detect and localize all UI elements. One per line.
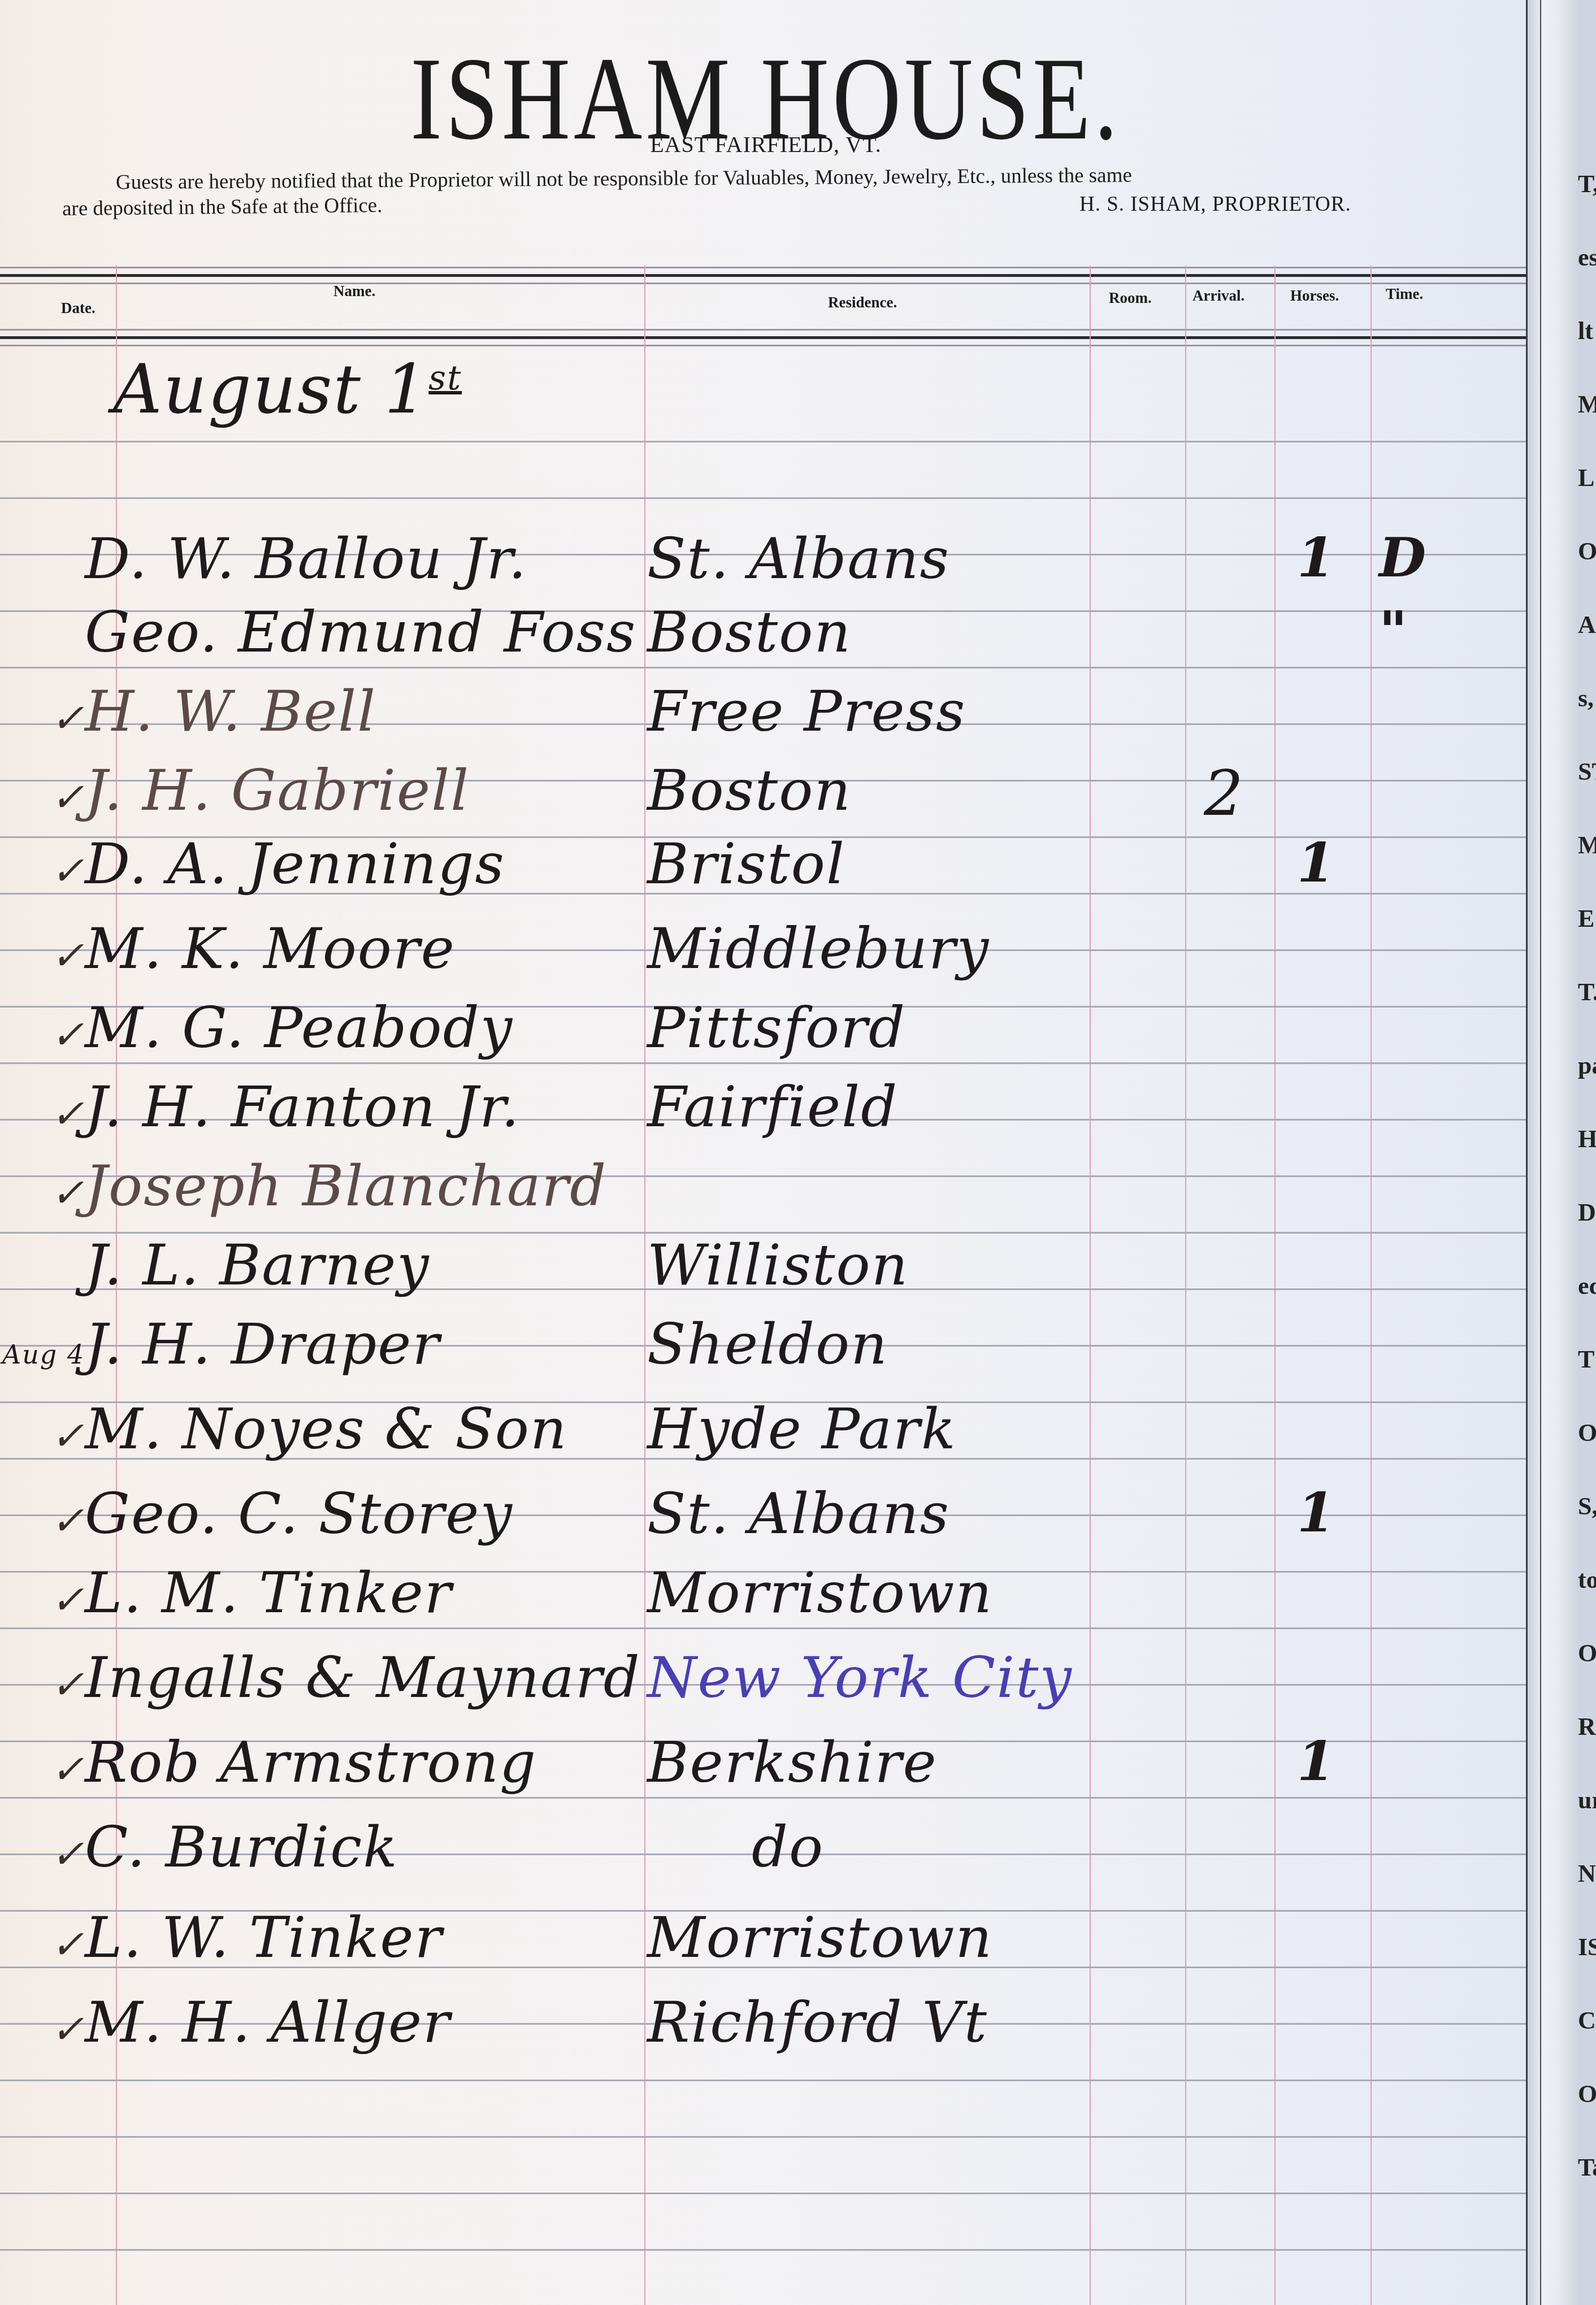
notice-line-1: Guests are hereby notified that the Prop… [116, 163, 1132, 195]
clipping-text-fragment: C [1578, 2006, 1596, 2035]
time-value: D [1379, 526, 1427, 589]
clipping-text-fragment: Ma [1578, 831, 1596, 860]
guest-name: J. H. Fanton Jr. [85, 1074, 521, 1140]
clipping-text-fragment: O [1578, 537, 1596, 566]
guest-residence: Middlebury [647, 915, 990, 982]
ruled-line [0, 2080, 1532, 2081]
guest-residence: Boston [647, 757, 852, 823]
check-mark-icon: ✓ [51, 1091, 85, 1137]
check-mark-icon: ✓ [51, 1831, 85, 1877]
guest-residence: Bristol [647, 831, 845, 897]
section-date: August 1st [113, 350, 462, 429]
check-mark-icon: ✓ [51, 848, 85, 894]
column-header-time: Time. [1386, 285, 1423, 303]
header-rule-bottom-thick [0, 336, 1532, 339]
column-divider-horses [1371, 266, 1372, 2305]
guest-residence: Hyde Park [647, 1396, 957, 1462]
horses-value: 1 [1297, 1729, 1336, 1793]
ruled-line [0, 1062, 1532, 1064]
guest-name: Geo. Edmund Foss [85, 599, 636, 665]
ruled-line [0, 441, 1532, 442]
header-rule-bottom-thin [0, 329, 1532, 331]
clipping-text-fragment: De [1578, 1198, 1596, 1227]
guest-name: H. W. Bell [85, 678, 376, 744]
ruled-line [0, 2193, 1532, 2194]
clipping-text-fragment: Ma [1578, 390, 1596, 419]
column-header-residence: Residence. [828, 294, 897, 311]
check-mark-icon: ✓ [51, 1921, 85, 1968]
clipping-text-fragment: O. [1578, 2080, 1596, 2108]
clipping-text-fragment: Ta [1578, 2153, 1596, 2182]
guest-name: L. W. Tinker [85, 1904, 443, 1970]
check-mark-icon: ✓ [51, 932, 85, 979]
guest-residence: Richford Vt [647, 1989, 988, 2055]
guest-name: J. H. Gabriell [85, 757, 470, 823]
notice-line-2: are deposited in the Safe at the Office. [62, 193, 383, 221]
clipping-text-fragment: E [1578, 904, 1594, 933]
check-mark-icon: ✓ [51, 774, 85, 821]
clipping-text-fragment: s, [1578, 684, 1594, 713]
header-rule-bottom-thin-2 [0, 345, 1532, 346]
time-value: " [1379, 599, 1408, 663]
clipping-text-fragment: N [1578, 1859, 1596, 1888]
guest-name: Rob Armstrong [85, 1729, 537, 1795]
proprietor-signature: H. S. ISHAM, PROPRIETOR. [1079, 192, 1351, 216]
check-mark-icon: ✓ [51, 1012, 85, 1058]
clipping-text-fragment: Ho [1578, 1125, 1596, 1153]
guest-residence: Pittsford [647, 995, 906, 1061]
guest-name: D. W. Ballou Jr. [85, 526, 527, 592]
clipping-text-fragment: L [1578, 463, 1594, 492]
guest-residence: New York City [647, 1644, 1073, 1711]
guest-name: Ingalls & Maynard [85, 1644, 641, 1711]
column-divider-name [644, 266, 645, 2305]
column-header-name: Name. [333, 283, 375, 300]
guest-name: M. Noyes & Son [85, 1396, 567, 1462]
guest-residence: Morristown [647, 1560, 993, 1626]
check-mark-icon: ✓ [51, 695, 85, 741]
guest-name: M. G. Peabody [85, 995, 513, 1061]
section-date-suffix: st [428, 358, 462, 398]
ruled-line [0, 667, 1532, 669]
guest-residence: St. Albans [647, 526, 950, 592]
clipping-text-fragment: to [1578, 1565, 1596, 1594]
ruled-line [0, 2136, 1532, 2138]
clipping-text-fragment: ur [1578, 1786, 1596, 1815]
clipping-text-fragment: T, [1578, 170, 1596, 198]
guest-name: C. Burdick [85, 1814, 398, 1880]
guest-residence: Fairfield [647, 1074, 898, 1140]
check-mark-icon: ✓ [51, 1170, 85, 1216]
guest-name: Joseph Blanchard [85, 1153, 607, 1219]
horses-value: 1 [1297, 1481, 1336, 1544]
column-header-horses: Horses. [1290, 287, 1339, 305]
guest-residence: Williston [647, 1232, 909, 1298]
guest-residence: Berkshire [647, 1729, 938, 1795]
horses-value: 1 [1297, 526, 1336, 589]
column-divider-residence [1090, 266, 1091, 2305]
check-mark-icon: ✓ [51, 1577, 85, 1623]
clipping-text-fragment: pai [1578, 1051, 1596, 1080]
ruled-line [0, 497, 1532, 499]
column-header-arrival: Arrival. [1192, 287, 1244, 305]
guest-name: J. H. Draper [85, 1311, 440, 1377]
clipping-text-fragment: IS [1578, 1933, 1596, 1961]
register-page: ISHAM HOUSE. EAST FAIRFIELD, VT. Guests … [0, 0, 1532, 2305]
guest-name: M. H. Allger [85, 1989, 451, 2055]
adjacent-newspaper-clipping: T,esltMaLOARs,STMaET.paiHoDeedTOS,toOORK… [1577, 0, 1596, 2305]
guest-residence: St. Albans [647, 1481, 950, 1547]
clipping-text-fragment: ed [1578, 1271, 1596, 1300]
clipping-text-fragment: O [1578, 1418, 1596, 1447]
page-stack-edge [1526, 0, 1578, 2305]
guest-name: J. L. Barney [85, 1232, 430, 1298]
clipping-text-fragment: T [1578, 1345, 1594, 1374]
header-rule-top-thick [0, 274, 1532, 277]
guest-residence: Boston [647, 599, 852, 665]
clipping-text-fragment: lt [1578, 316, 1593, 345]
column-header-room: Room. [1109, 289, 1152, 307]
header-rule-top-thin-2 [0, 283, 1532, 284]
check-mark-icon: ✓ [51, 1413, 85, 1459]
horses-value: 1 [1297, 831, 1336, 895]
guest-name: M. K. Moore [85, 915, 456, 982]
column-divider-arrival [1274, 266, 1276, 2305]
check-mark-icon: ✓ [51, 1497, 85, 1544]
clipping-text-fragment: ST [1578, 757, 1596, 786]
guest-name: D. A. Jennings [85, 831, 505, 897]
ruled-line [0, 1797, 1532, 1799]
check-mark-icon: ✓ [51, 1746, 85, 1792]
check-mark-icon: ✓ [51, 2006, 85, 2052]
hotel-location: EAST FAIRFIELD, VT. [0, 131, 1532, 158]
column-header-date: Date. [61, 299, 96, 317]
check-mark-icon: ✓ [51, 1661, 85, 1708]
clipping-text-fragment: S, [1578, 1492, 1596, 1521]
clipping-text-fragment: AR [1578, 610, 1596, 639]
clipping-text-fragment: OO [1578, 1639, 1596, 1668]
guest-residence: Free Press [647, 678, 966, 744]
column-divider-room [1185, 266, 1186, 2305]
guest-residence: Morristown [647, 1904, 993, 1970]
header-rule-top-thin [0, 267, 1532, 268]
arrival-value: 2 [1204, 757, 1244, 830]
guest-name: L. M. Tinker [85, 1560, 453, 1626]
ruled-line [0, 1627, 1532, 1629]
clipping-text-fragment: es [1578, 243, 1596, 272]
guest-residence: do [752, 1814, 824, 1880]
guest-residence: Sheldon [647, 1311, 888, 1377]
guest-name: Geo. C. Storey [85, 1481, 513, 1547]
ruled-line [0, 2249, 1532, 2251]
section-date-label: August 1 [113, 350, 428, 429]
entry-date: Aug 4 [2, 1339, 85, 1370]
clipping-text-fragment: T. [1578, 978, 1596, 1006]
clipping-text-fragment: RK [1578, 1712, 1596, 1741]
